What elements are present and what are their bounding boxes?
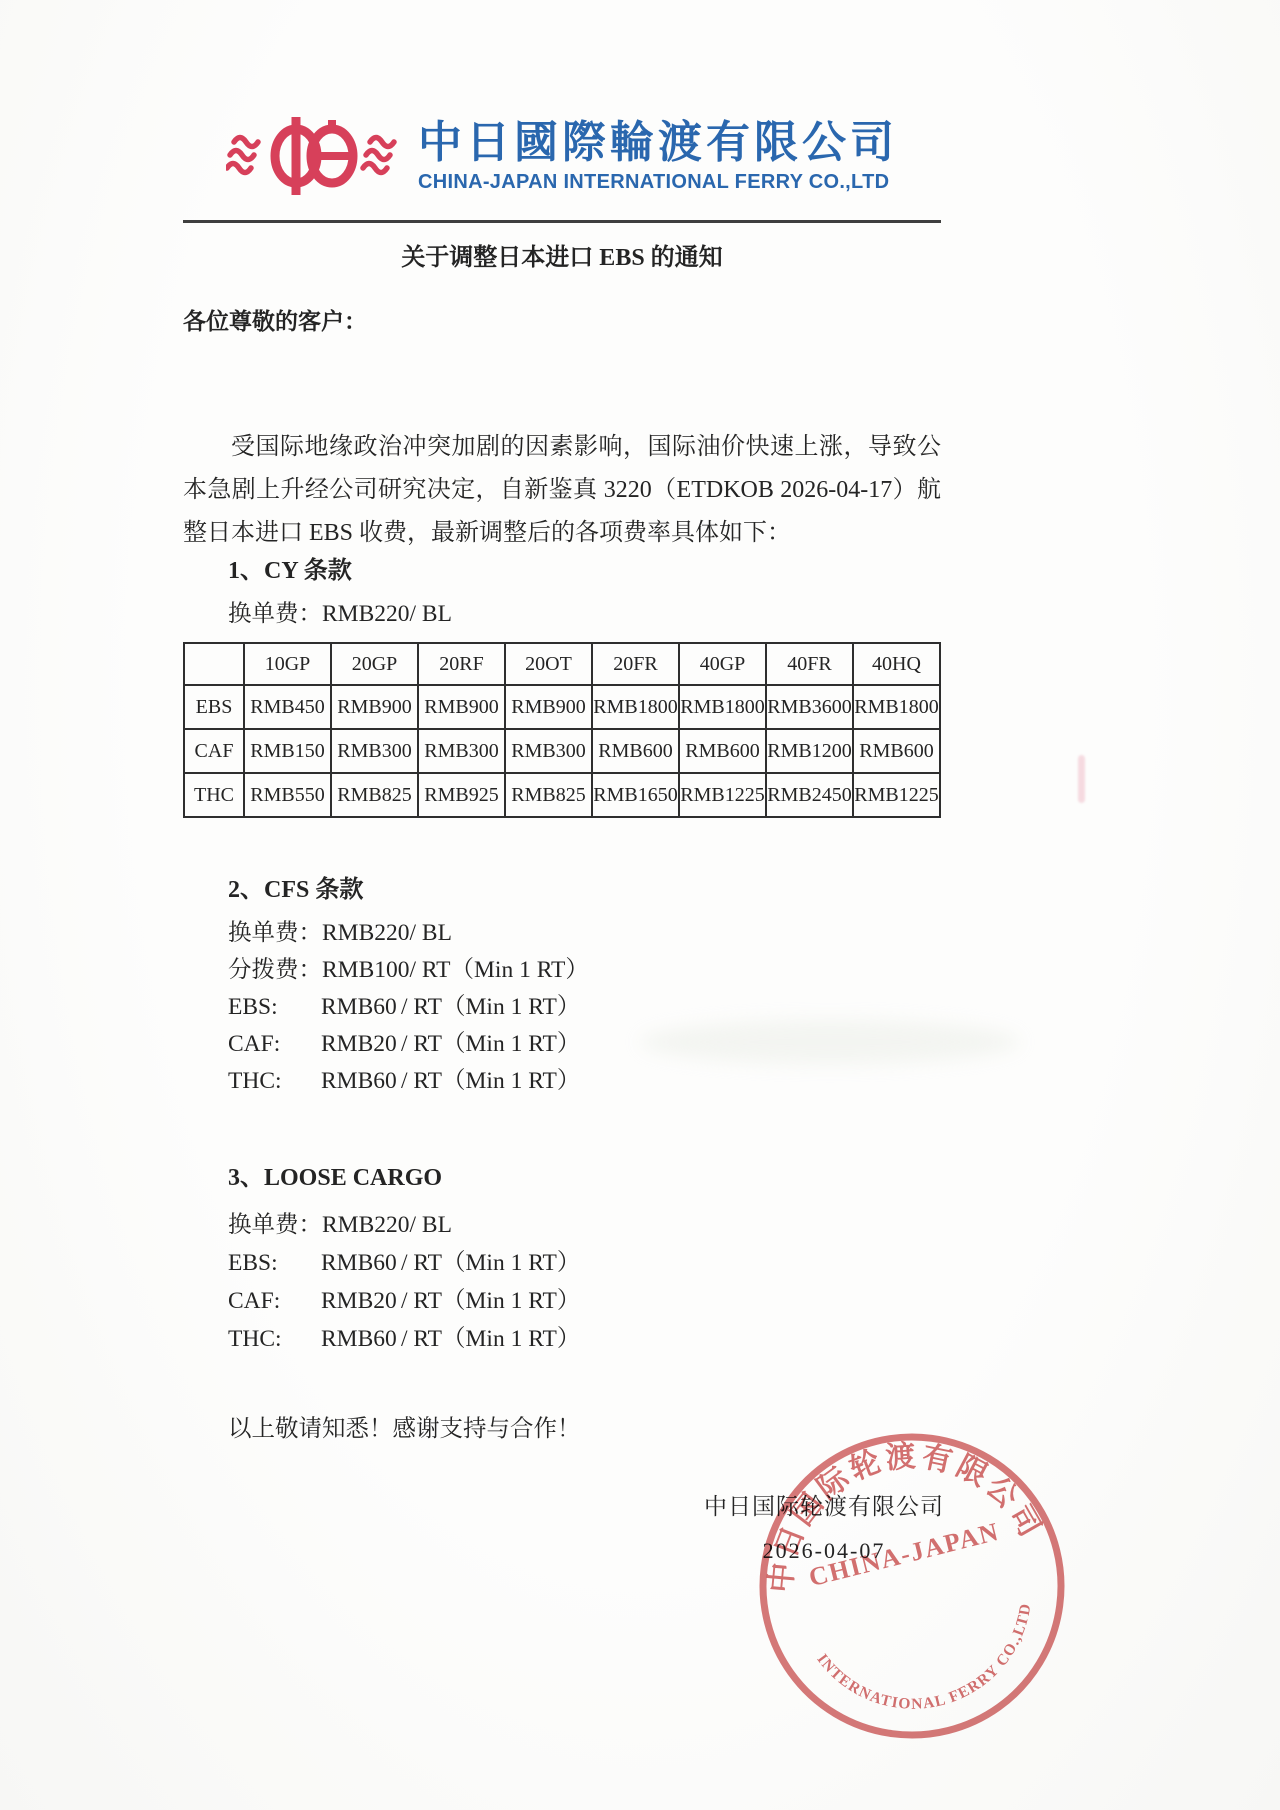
fee-label: 换单费： xyxy=(228,596,322,633)
scan-artifact xyxy=(640,1020,1020,1064)
table-cell: RMB1650 xyxy=(592,773,679,817)
table-cell: RMB300 xyxy=(418,729,505,773)
fee-unit: / RT（Min 1 RT） xyxy=(401,1244,580,1282)
fee-line: THC: RMB60 / RT（Min 1 RT） xyxy=(183,1320,941,1358)
table-cell: RMB1225 xyxy=(853,773,940,817)
intro-paragraph: 受国际地缘政治冲突加剧的因素影响，国际油价快速上涨，导致公司燃油成 本急剧上升经… xyxy=(183,426,941,555)
table-cell: RMB600 xyxy=(592,729,679,773)
signature-block: 中日国际轮渡有限公司 2026-04-07 xyxy=(698,1492,950,1564)
document-body: 中日國際輪渡有限公司 CHINA-JAPAN INTERNATIONAL FER… xyxy=(183,0,941,1445)
fee-amount: RMB100 xyxy=(322,952,410,989)
table-cell: RMB300 xyxy=(505,729,592,773)
table-header-cell: 40FR xyxy=(766,643,853,685)
table-header-cell: 20GP xyxy=(331,643,418,685)
intro-line: 受国际地缘政治冲突加剧的因素影响，国际油价快速上涨，导致公司燃油成 xyxy=(183,426,941,469)
fee-line: CAF: RMB20 / RT（Min 1 RT） xyxy=(183,1282,941,1320)
table-header-row: 10GP 20GP 20RF 20OT 20FR 40GP 40FR 40HQ xyxy=(184,643,940,685)
fee-amount: RMB20 xyxy=(321,1282,401,1320)
fee-unit: / BL xyxy=(410,1206,452,1244)
fee-amount: RMB60 xyxy=(321,1244,401,1282)
fee-unit: / RT（Min 1 RT） xyxy=(401,1063,580,1100)
table-cell: RMB825 xyxy=(505,773,592,817)
stamp-bottom-text: INTERNATIONAL FERRY CO.,LTD xyxy=(811,1598,1053,1737)
table-cell: RMB550 xyxy=(244,773,331,817)
fee-label: CAF: xyxy=(228,1282,321,1320)
svg-text:INTERNATIONAL FERRY CO.,LTD: INTERNATIONAL FERRY CO.,LTD xyxy=(811,1598,1053,1737)
greeting: 各位尊敬的客户： xyxy=(183,305,941,338)
table-cell: RMB1800 xyxy=(679,685,766,729)
table-header-cell: 20RF xyxy=(418,643,505,685)
fee-unit: / RT（Min 1 RT） xyxy=(401,989,580,1026)
table-cell: RMB900 xyxy=(505,685,592,729)
table-header-cell: 20OT xyxy=(505,643,592,685)
table-cell: RMB1225 xyxy=(679,773,766,817)
letterhead: 中日國際輪渡有限公司 CHINA-JAPAN INTERNATIONAL FER… xyxy=(183,110,941,202)
table-cell: RMB600 xyxy=(679,729,766,773)
brand-names: 中日國際輪渡有限公司 CHINA-JAPAN INTERNATIONAL FER… xyxy=(418,119,898,194)
table-cell: RMB150 xyxy=(244,729,331,773)
table-header-cell: 10GP xyxy=(244,643,331,685)
letterhead-divider xyxy=(183,220,941,223)
fee-amount: RMB220 xyxy=(322,915,410,952)
fee-label: THC: xyxy=(228,1063,321,1100)
fee-line: 换单费： RMB220 / BL xyxy=(183,596,941,633)
table-cell: RMB1800 xyxy=(592,685,679,729)
fee-label: THC: xyxy=(228,1320,321,1358)
cy-fee-table: 10GP 20GP 20RF 20OT 20FR 40GP 40FR 40HQ … xyxy=(183,642,941,818)
fee-amount: RMB60 xyxy=(321,1063,401,1100)
fee-unit: / RT（Min 1 RT） xyxy=(401,1320,580,1358)
table-row-thc: THC RMB550 RMB825 RMB925 RMB825 RMB1650 … xyxy=(184,773,940,817)
fee-amount: RMB20 xyxy=(321,1026,401,1063)
page-title: 关于调整日本进口 EBS 的通知 xyxy=(183,241,941,275)
fee-line: 分拨费： RMB100 / RT（Min 1 RT） xyxy=(183,952,941,989)
fee-unit: / RT（Min 1 RT） xyxy=(410,952,589,989)
fee-unit: / RT（Min 1 RT） xyxy=(401,1282,580,1320)
fee-amount: RMB220 xyxy=(322,1206,410,1244)
section-heading-cy: 1、CY 条款 xyxy=(183,555,941,587)
fee-amount: RMB60 xyxy=(321,989,401,1026)
intro-line: 本急剧上升经公司研究决定，自新鉴真 3220（ETDKOB 2026-04-17… xyxy=(183,469,941,512)
table-cell: RMB900 xyxy=(418,685,505,729)
fee-amount: RMB60 xyxy=(321,1320,401,1358)
fee-amount: RMB220 xyxy=(322,596,410,633)
closing-line: 以上敬请知悉！感谢支持与合作！ xyxy=(183,1413,941,1445)
table-header-cell xyxy=(184,643,244,685)
section-heading-loose-cargo: 3、LOOSE CARGO xyxy=(183,1162,941,1194)
fee-line: 换单费： RMB220 / BL xyxy=(183,1206,941,1244)
table-row-caf: CAF RMB150 RMB300 RMB300 RMB300 RMB600 R… xyxy=(184,729,940,773)
fee-label: CAF: xyxy=(228,1026,321,1063)
company-stamp: 中日国际轮渡有限公司 CHINA-JAPAN INTERNATIONAL FER… xyxy=(718,1392,1106,1780)
row-label: EBS xyxy=(184,685,244,729)
fee-line: EBS: RMB60 / RT（Min 1 RT） xyxy=(183,1244,941,1282)
table-cell: RMB925 xyxy=(418,773,505,817)
company-name-en: CHINA-JAPAN INTERNATIONAL FERRY CO.,LTD xyxy=(418,171,898,194)
fee-unit: / BL xyxy=(410,596,452,633)
fee-line: 换单费： RMB220 / BL xyxy=(183,915,941,952)
section-heading-cfs: 2、CFS 条款 xyxy=(183,874,941,906)
fee-label: EBS: xyxy=(228,989,321,1026)
table-cell: RMB600 xyxy=(853,729,940,773)
company-name-cn: 中日國際輪渡有限公司 xyxy=(418,119,898,167)
table-header-cell: 40HQ xyxy=(853,643,940,685)
company-logo-icon xyxy=(226,110,402,202)
fee-line: THC: RMB60 / RT（Min 1 RT） xyxy=(183,1063,941,1100)
table-cell: RMB450 xyxy=(244,685,331,729)
fee-label: 换单费： xyxy=(228,915,322,952)
table-cell: RMB1200 xyxy=(766,729,853,773)
table-header-cell: 40GP xyxy=(679,643,766,685)
row-label: CAF xyxy=(184,729,244,773)
table-cell: RMB3600 xyxy=(766,685,853,729)
fee-unit: / RT（Min 1 RT） xyxy=(401,1026,580,1063)
table-cell: RMB300 xyxy=(331,729,418,773)
fee-label: EBS: xyxy=(228,1244,321,1282)
notice-document: 中日國際輪渡有限公司 CHINA-JAPAN INTERNATIONAL FER… xyxy=(0,0,1280,1810)
signature-date: 2026-04-07 xyxy=(698,1538,950,1564)
table-header-cell: 20FR xyxy=(592,643,679,685)
table-cell: RMB825 xyxy=(331,773,418,817)
fee-unit: / BL xyxy=(410,915,452,952)
intro-line: 整日本进口 EBS 收费，最新调整后的各项费率具体如下： xyxy=(183,512,941,555)
table-row-ebs: EBS RMB450 RMB900 RMB900 RMB900 RMB1800 … xyxy=(184,685,940,729)
table-cell: RMB1800 xyxy=(853,685,940,729)
table-cell: RMB2450 xyxy=(766,773,853,817)
fee-label: 分拨费： xyxy=(228,952,322,989)
row-label: THC xyxy=(184,773,244,817)
fee-label: 换单费： xyxy=(228,1206,322,1244)
table-cell: RMB900 xyxy=(331,685,418,729)
signature-company: 中日国际轮渡有限公司 xyxy=(698,1492,950,1522)
scan-artifact xyxy=(1078,755,1085,803)
